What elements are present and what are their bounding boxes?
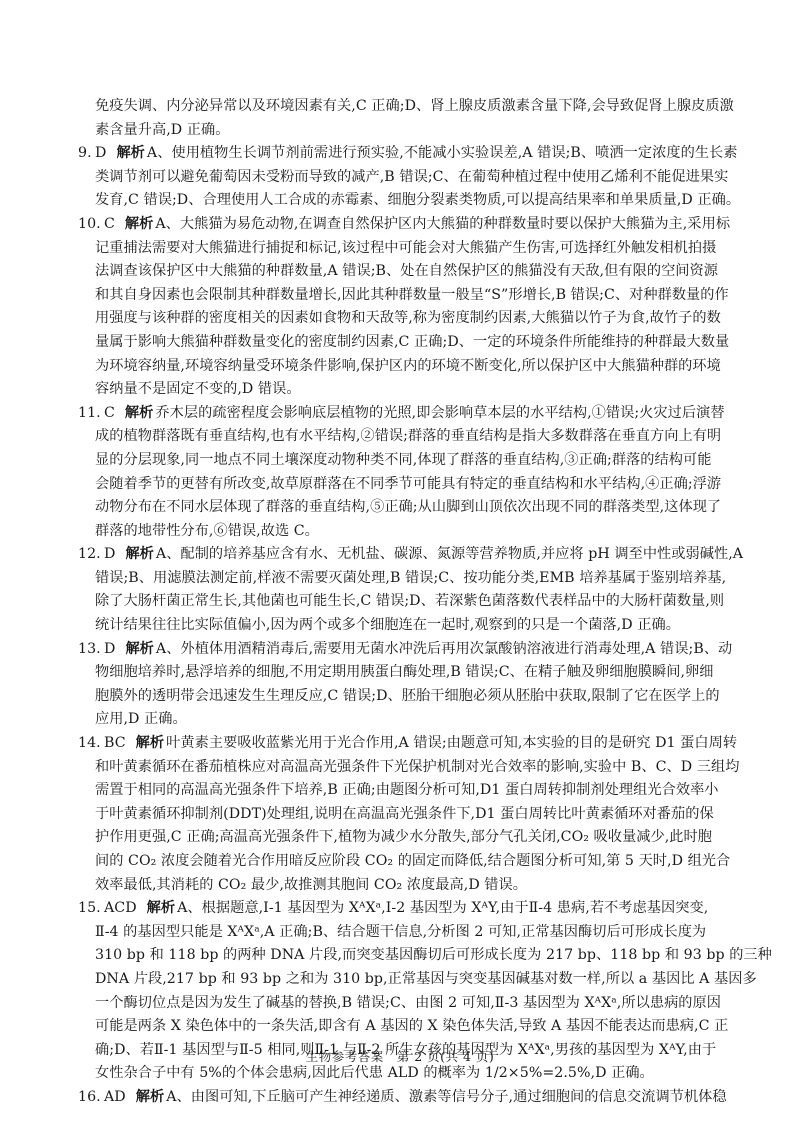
text-line: 为环境容纳量,环境容纳量受环境条件影响,保护区内的环境不断变化,所以保护区中大熊… [78, 355, 714, 379]
question-number: 10. [78, 213, 104, 237]
text-line: 发育,C 错误;D、合理使用人工合成的赤霉素、细胞分裂素类物质,可以提高结果率和… [78, 189, 714, 213]
analysis-label: 解析 [116, 145, 144, 161]
text-line: DNA 片段,217 bp 和 93 bp 之和为 310 bp,正常基因与突变… [78, 968, 714, 992]
text-line: 动物分布在不同水层体现了群落的垂直结构,⑤正确;从山脚到山顶依次出现不同的群落类… [78, 496, 714, 520]
analysis-label: 解析 [125, 546, 153, 562]
text-line: 一个酶切位点是因为发生了碱基的替换,B 错误;C、由图 2 可知,Ⅱ-3 基因型… [78, 992, 714, 1016]
question-number: 12. [78, 543, 104, 567]
answer-item: 12.D解析A、配制的培养基应含有水、无机盐、碳源、氮源等营养物质,并应将 pH… [78, 543, 714, 637]
analysis-label: 解析 [125, 216, 153, 232]
answer-item: 13.D解析A、外植体用酒精消毒后,需要用无菌水冲洗后再用次氯酸钠溶液进行消毒处… [78, 638, 714, 732]
answer-item-first-line: 13.D解析A、外植体用酒精消毒后,需要用无菌水冲洗后再用次氯酸钠溶液进行消毒处… [78, 638, 714, 662]
text-line: 用强度与该种群的密度相关的因素如食物和天敌等,称为密度制约因素,大熊猫以竹子为食… [78, 307, 714, 331]
answer-key-page: 免疫失调、内分泌异常以及环境因素有关,C 正确;D、肾上腺皮质激素含量下降,会导… [0, 0, 800, 1131]
text-line: 效率最低,其消耗的 CO₂ 最少,故推测其胞间 CO₂ 浓度最高,D 错误。 [78, 874, 714, 898]
text-line: 类调节剂可以避免葡萄因未受粉而导致的减产,B 错误;C、在葡萄种植过程中使用乙烯… [78, 166, 714, 190]
analysis-text: A、大熊猫为易危动物,在调查自然保护区内大熊猫的种群数量时要以保护大熊猫为主,采… [155, 216, 730, 232]
text-line: 记重捕法需要对大熊猫进行捕捉和标记,该过程中可能会对大熊猫产生伤害,可选择红外触… [78, 237, 714, 261]
answer-choice: C [104, 213, 115, 237]
analysis-text: 乔木层的疏密程度会影响底层植物的光照,即会影响草本层的水平结构,①错误;火灾过后… [155, 405, 724, 421]
text-line: 成的植物群落既有垂直结构,也有水平结构,②错误;群落的垂直结构是指大多数群落在垂… [78, 425, 714, 449]
analysis-label: 解析 [125, 405, 153, 421]
analysis-label: 解析 [136, 1089, 164, 1105]
answer-choice: D [104, 638, 115, 662]
question-number: 13. [78, 638, 104, 662]
answer-choice: BC [104, 732, 126, 756]
text-line: 应用,D 正确。 [78, 708, 714, 732]
text-line: 物细胞培养时,悬浮培养的细胞,不用定期用胰蛋白酶处理,B 错误;C、在精子触及卵… [78, 661, 714, 685]
text-line: 会随着季节的更替有所改变,故草原群落在不同季节可能具有特定的垂直结构和水平结构,… [78, 473, 714, 497]
analysis-text: A、根据题意,Ⅰ-1 基因型为 XᴬXᵃ,Ⅰ-2 基因型为 XᴬY,由于Ⅱ-4 … [177, 900, 708, 916]
answer-item: 14.BC解析叶黄素主要吸收蓝紫光用于光合作用,A 错误;由题意可知,本实验的目… [78, 732, 714, 897]
question-number: 11. [78, 402, 104, 426]
text-line: 除了大肠杆菌正常生长,其他菌也可能生长,C 错误;D、若深紫色菌落数代表样品中的… [78, 590, 714, 614]
text-line: 量属于影响大熊猫种群数量变化的密度制约因素,C 正确;D、一定的环境条件所能维持… [78, 331, 714, 355]
answer-item-first-line: 16.AD解析A、由图可知,下丘脑可产生神经递质、激素等信号分子,通过细胞间的信… [78, 1086, 714, 1110]
answer-item-first-line: 9.D解析A、使用植物生长调节剂前需进行预实验,不能减小实验误差,A 错误;B、… [78, 142, 714, 166]
carryover-text: 免疫失调、内分泌异常以及环境因素有关,C 正确;D、肾上腺皮质激素含量下降,会导… [78, 95, 714, 142]
text-line: 胞膜外的透明带会迅速发生生理反应,C 错误;D、胚胎干细胞必须从胚胎中获取,限制… [78, 685, 714, 709]
text-line: 310 bp 和 118 bp 的两种 DNA 片段,而突变基因酶切后可形成长度… [78, 944, 714, 968]
answer-item: 9.D解析A、使用植物生长调节剂前需进行预实验,不能减小实验误差,A 错误;B、… [78, 142, 714, 213]
question-number: 9. [78, 142, 95, 166]
answer-item-first-line: 12.D解析A、配制的培养基应含有水、无机盐、碳源、氮源等营养物质,并应将 pH… [78, 543, 714, 567]
answer-item: 16.AD解析A、由图可知,下丘脑可产生神经递质、激素等信号分子,通过细胞间的信… [78, 1086, 714, 1110]
text-line: 容纳量不是固定不变的,D 错误。 [78, 378, 714, 402]
answer-choice: D [104, 543, 115, 567]
question-number: 16. [78, 1086, 104, 1110]
text-line: 可能是两条 X 染色体中的一条失活,即含有 A 基因的 X 染色体失活,导致 A… [78, 1015, 714, 1039]
answer-item-first-line: 10.C解析A、大熊猫为易危动物,在调查自然保护区内大熊猫的种群数量时要以保护大… [78, 213, 714, 237]
text-line: 免疫失调、内分泌异常以及环境因素有关,C 正确;D、肾上腺皮质激素含量下降,会导… [78, 95, 714, 119]
analysis-text: A、外植体用酒精消毒后,需要用无菌水冲洗后再用次氯酸钠溶液进行消毒处理,A 错误… [156, 641, 732, 657]
answer-item-first-line: 15.ACD解析A、根据题意,Ⅰ-1 基因型为 XᴬXᵃ,Ⅰ-2 基因型为 Xᴬ… [78, 897, 714, 921]
answer-choice: D [95, 142, 106, 166]
question-number: 14. [78, 732, 104, 756]
text-line: 护作用更强,C 正确;高温高光强条件下,植物为减少水分散失,部分气孔关闭,CO₂… [78, 826, 714, 850]
text-line: Ⅱ-4 的基因型只能是 XᴬXᵃ,A 正确;B、结合题干信息,分析图 2 可知,… [78, 921, 714, 945]
text-line: 和叶黄素循环在番茄植株应对高温高光强条件下光保护机制对光合效率的影响,实验中 B… [78, 756, 714, 780]
text-line: 间的 CO₂ 浓度会随着光合作用暗反应阶段 CO₂ 的固定而降低,结合题图分析可… [78, 850, 714, 874]
analysis-text: A、配制的培养基应含有水、无机盐、碳源、氮源等营养物质,并应将 pH 调至中性或… [156, 546, 743, 562]
text-line: 需置于相同的高温高光强条件下培养,B 正确;由题图分析可知,D1 蛋白周转抑制剂… [78, 779, 714, 803]
text-line: 素含量升高,D 正确。 [78, 119, 714, 143]
analysis-label: 解析 [147, 900, 175, 916]
text-line: 女性杂合子中有 5%的个体会患病,因此后代患 ALD 的概率为 1/2×5%=2… [78, 1062, 714, 1086]
text-line: 法调查该保护区中大熊猫的种群数量,A 错误;B、处在自然保护区的熊猫没有天敌,但… [78, 260, 714, 284]
analysis-label: 解析 [125, 641, 153, 657]
analysis-text: A、使用植物生长调节剂前需进行预实验,不能减小实验误差,A 错误;B、喷洒一定浓… [147, 145, 738, 161]
answer-items: 9.D解析A、使用植物生长调节剂前需进行预实验,不能减小实验误差,A 错误;B、… [78, 142, 714, 1109]
analysis-label: 解析 [136, 735, 164, 751]
answer-item: 11.C解析乔木层的疏密程度会影响底层植物的光照,即会影响草本层的水平结构,①错… [78, 402, 714, 544]
answer-choice: C [104, 402, 115, 426]
text-line: 统计结果往往比实际值偏小,因为两个或多个细胞连在一起时,观察到的只是一个菌落,D… [78, 614, 714, 638]
analysis-text: A、由图可知,下丘脑可产生神经递质、激素等信号分子,通过细胞间的信息交流调节机体… [166, 1089, 726, 1105]
answer-item-first-line: 11.C解析乔木层的疏密程度会影响底层植物的光照,即会影响草本层的水平结构,①错… [78, 402, 714, 426]
answer-choice: ACD [104, 897, 137, 921]
question-number: 15. [78, 897, 104, 921]
text-line: 和其自身因素也会限制其种群数量增长,因此其种群数量一般呈“S”形增长,B 错误;… [78, 284, 714, 308]
answer-item-first-line: 14.BC解析叶黄素主要吸收蓝紫光用于光合作用,A 错误;由题意可知,本实验的目… [78, 732, 714, 756]
answer-choice: AD [104, 1086, 126, 1110]
text-line: 群落的地带性分布,⑥错误,故选 C。 [78, 520, 714, 544]
answer-item: 10.C解析A、大熊猫为易危动物,在调查自然保护区内大熊猫的种群数量时要以保护大… [78, 213, 714, 402]
text-line: 错误;B、用滤膜法测定前,样液不需要灭菌处理,B 错误;C、按功能分类,EMB … [78, 567, 714, 591]
text-line: 显的分层现象,同一地点不同土壤深度动物种类不同,体现了群落的垂直结构,③正确;群… [78, 449, 714, 473]
analysis-text: 叶黄素主要吸收蓝紫光用于光合作用,A 错误;由题意可知,本实验的目的是研究 D1… [166, 735, 737, 751]
page-footer: 生物参考答案 第 2 页(共 4 页) [0, 1047, 800, 1065]
answer-content: 免疫失调、内分泌异常以及环境因素有关,C 正确;D、肾上腺皮质激素含量下降,会导… [78, 95, 714, 1110]
text-line: 于叶黄素循环抑制剂(DDT)处理组,说明在高温高光强条件下,D1 蛋白周转比叶黄… [78, 803, 714, 827]
